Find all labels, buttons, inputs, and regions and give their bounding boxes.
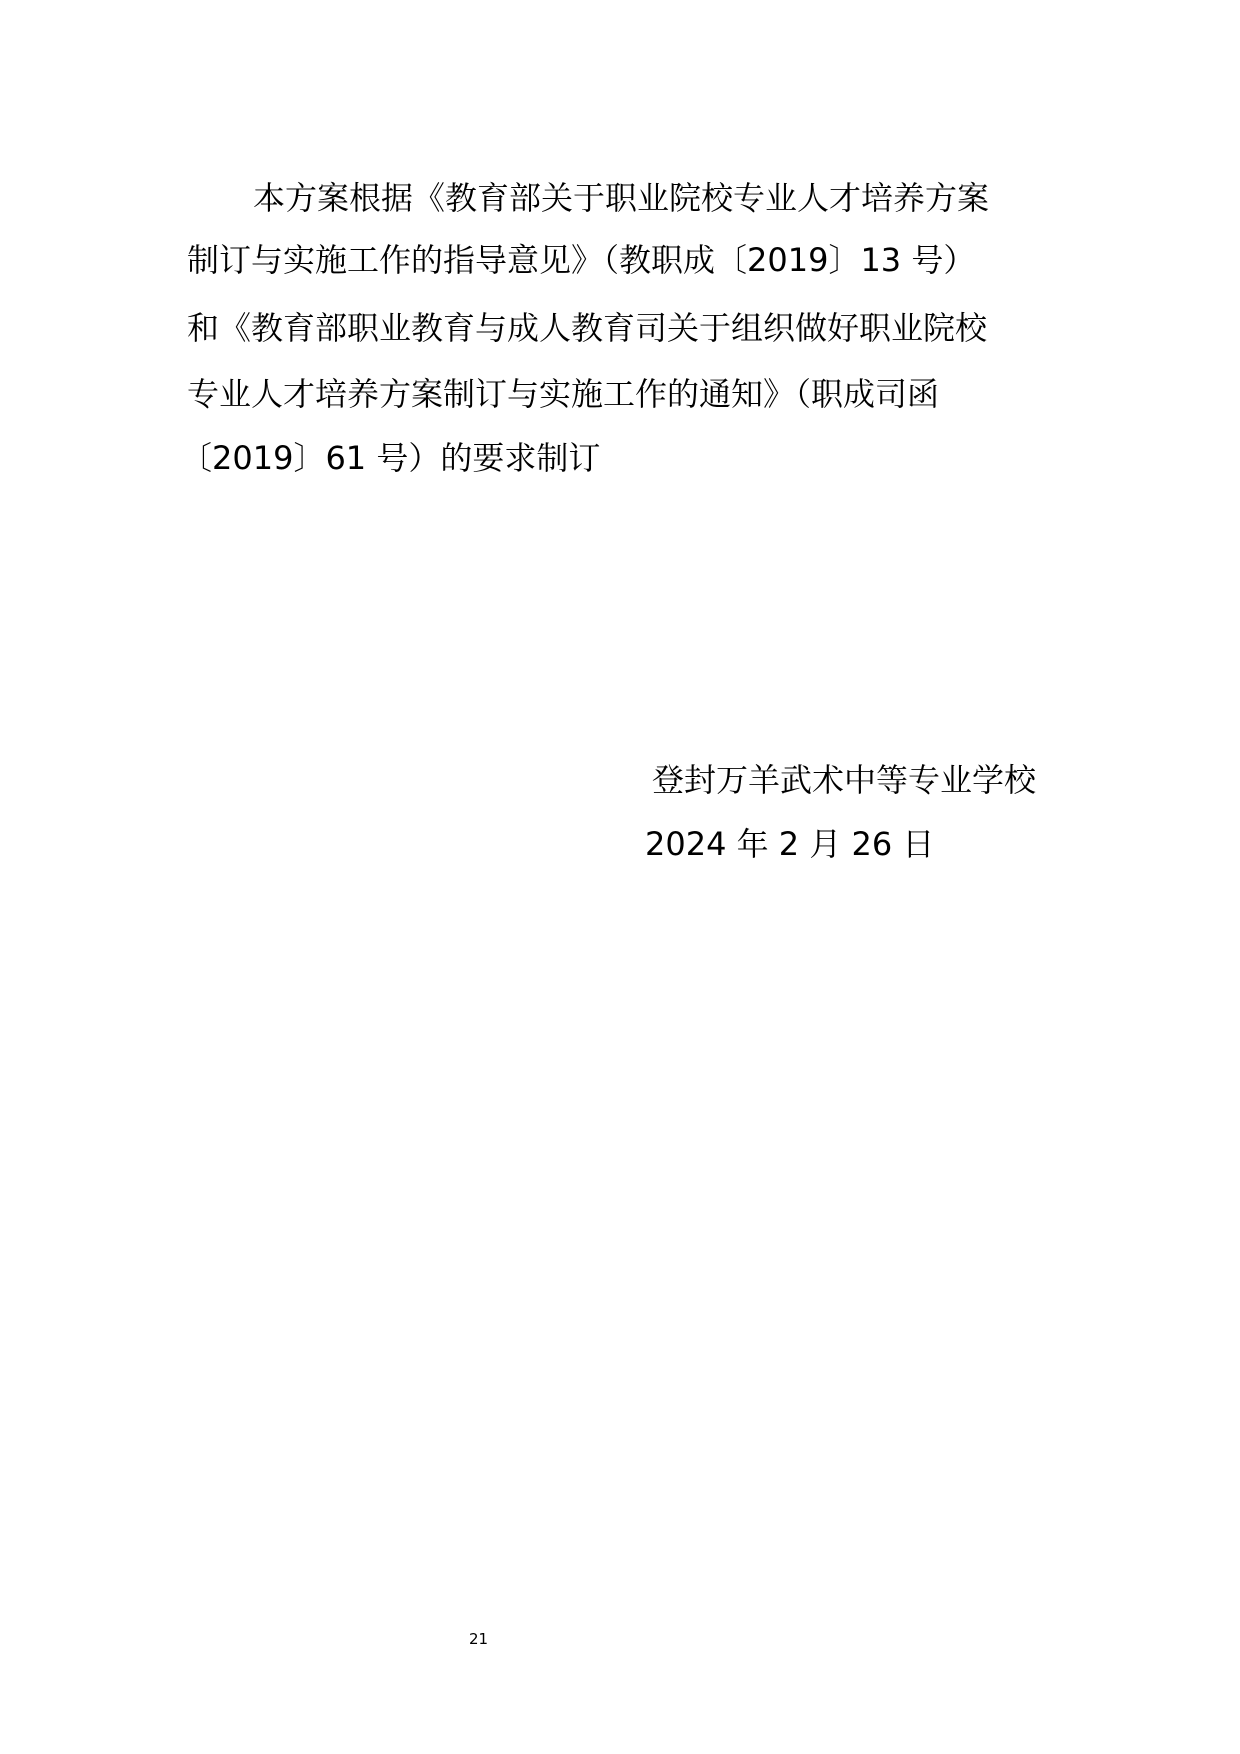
page-number: 21 <box>469 1630 488 1648</box>
paragraph-line-1: 本方案根据《教育部关于职业院校专业人才培养方案 <box>253 178 989 218</box>
paragraph-line-3: 和《教育部职业教育与成人教育司关于组织做好职业院校 <box>187 308 987 348</box>
paragraph-line-2: 制订与实施工作的指导意见》（教职成〔2019〕13 号） <box>187 240 975 280</box>
paragraph-line-5: 〔2019〕61 号）的要求制订 <box>180 438 600 478</box>
paragraph-line-4: 专业人才培养方案制订与实施工作的通知》（职成司函 <box>187 374 939 414</box>
signature-organization: 登封万羊武术中等专业学校 <box>652 760 1036 800</box>
signature-date: 2024 年 2 月 26 日 <box>645 824 934 864</box>
